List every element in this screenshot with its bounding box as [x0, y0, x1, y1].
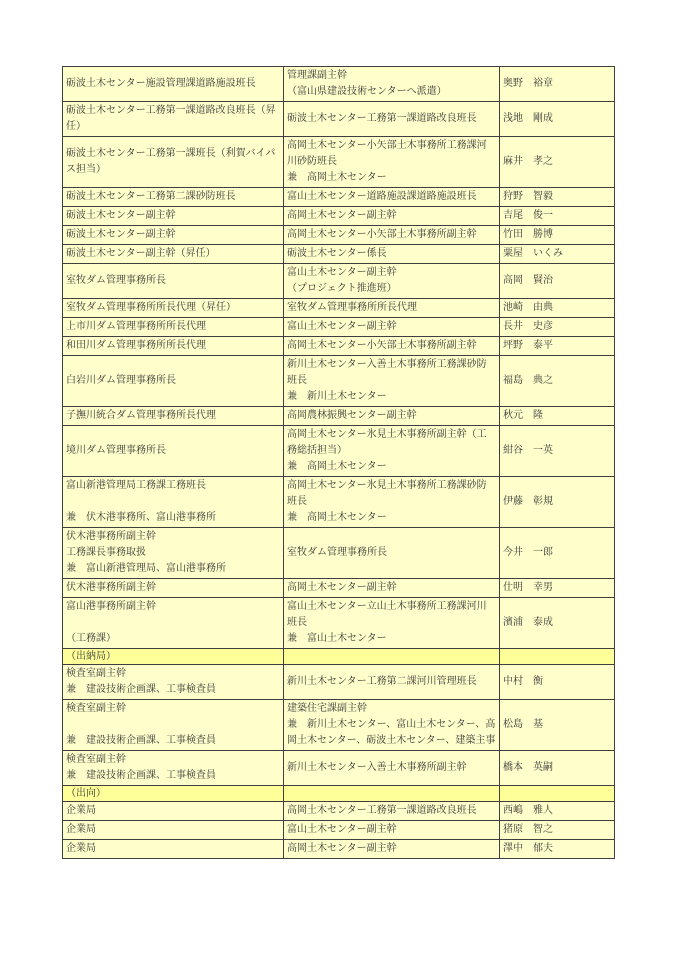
cell-line: 上市川ダム管理事務所所長代理 — [66, 319, 280, 335]
name-cell: 狩野 智毅 — [500, 188, 615, 207]
new-position-cell: 検査室副主幹 兼 建設技術企画課、工事検査員 — [63, 700, 284, 751]
cell-line: 砺波土木センター副主幹 — [66, 227, 280, 243]
name-cell: 秋元 隆 — [500, 407, 615, 426]
cell-line: 白岩川ダム管理事務所長 — [66, 373, 280, 389]
section-empty-cell — [500, 649, 615, 665]
old-position-cell: 高岡農林振興センター副主幹 — [284, 407, 500, 426]
table-row: 室牧ダム管理事務所長富山土木センター副主幹（プロジェクト推進班）高岡 賢治 — [63, 264, 615, 299]
new-position-cell: 富山港事務所副主幹 （工務課） — [63, 598, 284, 649]
new-position-cell: 企業局 — [63, 802, 284, 821]
table-row: 和田川ダム管理事務所所長代理高岡土木センター小矢部土木事務所副主幹坪野 泰平 — [63, 337, 615, 356]
personnel-table-body: 砺波土木センター施設管理課道路施設班長管理課副主幹（富山県建設技術センターへ派遣… — [63, 67, 615, 859]
cell-line — [503, 787, 611, 800]
new-position-cell: 伏木港事務所副主幹 — [63, 579, 284, 598]
cell-line: 砺波土木センター工務第二課砂防班長 — [66, 189, 280, 205]
person-name: 中村 衡 — [503, 674, 611, 690]
old-position-cell: 砺波土木センター係長 — [284, 245, 500, 264]
cell-line: 子撫川統合ダム管理事務所長代理 — [66, 408, 280, 424]
name-cell: 麻井 孝之 — [500, 137, 615, 188]
new-position-cell: 企業局 — [63, 821, 284, 840]
cell-line: 富山新港管理局工務課工務班長 — [66, 478, 280, 494]
name-cell: 長井 史彦 — [500, 318, 615, 337]
cell-line: 富山土木センター副主幹 — [287, 319, 496, 335]
person-name: 今井 一郎 — [503, 545, 611, 561]
name-cell: 西嶋 雅人 — [500, 802, 615, 821]
table-row: 砺波土木センター施設管理課道路施設班長管理課副主幹（富山県建設技術センターへ派遣… — [63, 67, 615, 102]
section-empty-cell — [284, 649, 500, 665]
section-empty-cell — [284, 786, 500, 802]
cell-line: 伏木港事務所副主幹 — [66, 580, 280, 596]
cell-line: 工務課長事務取扱 — [66, 545, 280, 561]
section-empty-cell — [500, 786, 615, 802]
name-cell: 高岡 賢治 — [500, 264, 615, 299]
cell-line: 高岡土木センター小矢部土木事務所副主幹 — [287, 338, 496, 354]
cell-line: 砺波土木センター係長 — [287, 246, 496, 262]
document-page: 砺波土木センター施設管理課道路施設班長管理課副主幹（富山県建設技術センターへ派遣… — [62, 66, 615, 859]
cell-line: 富山港事務所副主幹 — [66, 599, 280, 615]
cell-line: 高岡土木センター小矢部土木事務所副主幹 — [287, 227, 496, 243]
table-row: 企業局富山土木センター副主幹猪原 智之 — [63, 821, 615, 840]
cell-line: （プロジェクト推進班） — [287, 281, 496, 297]
new-position-cell: 砺波土木センター施設管理課道路施設班長 — [63, 67, 284, 102]
cell-line: 和田川ダム管理事務所所長代理 — [66, 338, 280, 354]
person-name: 福島 典之 — [503, 373, 611, 389]
cell-line — [66, 615, 280, 631]
table-row: 富山港事務所副主幹 （工務課）富山土木センター立山土木事務所工務課河川班長兼 富… — [63, 598, 615, 649]
person-name: 仕明 幸男 — [503, 580, 611, 596]
section-label-cell: （出向） — [63, 786, 284, 802]
table-row: 砺波土木センター工務第二課砂防班長富山土木センター道路施設課道路施設班長狩野 智… — [63, 188, 615, 207]
section-label: （出納局） — [66, 650, 280, 663]
table-row: 検査室副主幹兼 建設技術企画課、工事検査員新川土木センター入善土木事務所副主幹橋… — [63, 751, 615, 786]
new-position-cell: 砺波土木センター工務第一課班長（利賀バイパス担当） — [63, 137, 284, 188]
name-cell: 中村 衡 — [500, 665, 615, 700]
cell-line: 兼 建設技術企画課、工事検査員 — [66, 682, 280, 698]
name-cell: 澤中 郁夫 — [500, 840, 615, 859]
cell-line: 高岡土木センター工務第一課道路改良班長 — [287, 803, 496, 819]
name-cell: 吉尾 俊一 — [500, 207, 615, 226]
table-row: 白岩川ダム管理事務所長新川土木センター入善土木事務所工務課砂防班長兼 新川土木セ… — [63, 356, 615, 407]
new-position-cell: 砺波土木センター副主幹（昇任） — [63, 245, 284, 264]
old-position-cell: 新川土木センター工務第二課河川管理班長 — [284, 665, 500, 700]
cell-line: 企業局 — [66, 841, 280, 857]
cell-line: 砺波土木センター工務第一課道路改良班長（昇任） — [66, 103, 280, 135]
old-position-cell: 管理課副主幹（富山県建設技術センターへ派遣） — [284, 67, 500, 102]
old-position-cell: 高岡土木センター副主幹 — [284, 579, 500, 598]
new-position-cell: 上市川ダム管理事務所所長代理 — [63, 318, 284, 337]
cell-line: 室牧ダム管理事務所長 — [66, 273, 280, 289]
person-name: 長井 史彦 — [503, 319, 611, 335]
cell-line: 富山土木センター副主幹 — [287, 822, 496, 838]
old-position-cell: 室牧ダム管理事務所所長代理 — [284, 299, 500, 318]
cell-line: 兼 富山土木センター — [287, 631, 496, 647]
old-position-cell: 建築住宅課副主幹兼 新川土木センター、富山土木センター、高岡土木センター、砺波土… — [284, 700, 500, 751]
table-row: 境川ダム管理事務所長高岡土木センター氷見土木事務所副主幹（工務総括担当）兼 高岡… — [63, 426, 615, 477]
new-position-cell: 検査室副主幹兼 建設技術企画課、工事検査員 — [63, 665, 284, 700]
cell-line: 富山土木センター道路施設課道路施設班長 — [287, 189, 496, 205]
section-label-cell: （出納局） — [63, 649, 284, 665]
person-name: 高岡 賢治 — [503, 273, 611, 289]
person-name: 西嶋 雅人 — [503, 803, 611, 819]
name-cell: 福島 典之 — [500, 356, 615, 407]
cell-line: 兼 伏木港事務所、富山港事務所 — [66, 510, 280, 526]
cell-line: 新川土木センター工務第二課河川管理班長 — [287, 674, 496, 690]
person-name: 猪原 智之 — [503, 822, 611, 838]
cell-line: 高岡土木センター氷見土木事務所工務課砂防班長 — [287, 478, 496, 510]
person-name: 狩野 智毅 — [503, 189, 611, 205]
section-row: （出納局） — [63, 649, 615, 665]
cell-line — [287, 787, 496, 800]
new-position-cell: 砺波土木センター工務第一課道路改良班長（昇任） — [63, 102, 284, 137]
name-cell: 猪原 智之 — [500, 821, 615, 840]
table-row: 砺波土木センター副主幹高岡土木センター副主幹吉尾 俊一 — [63, 207, 615, 226]
name-cell: 浅地 剛成 — [500, 102, 615, 137]
cell-line: 兼 高岡土木センター — [287, 510, 496, 526]
name-cell: 坪野 泰平 — [500, 337, 615, 356]
name-cell: 紺谷 一英 — [500, 426, 615, 477]
cell-line: 高岡土木センター氷見土木事務所副主幹（工務総括担当） — [287, 427, 496, 459]
new-position-cell: 白岩川ダム管理事務所長 — [63, 356, 284, 407]
old-position-cell: 富山土木センター立山土木事務所工務課河川班長兼 富山土木センター — [284, 598, 500, 649]
table-row: 子撫川統合ダム管理事務所長代理高岡農林振興センター副主幹秋元 隆 — [63, 407, 615, 426]
old-position-cell: 高岡土木センター副主幹 — [284, 840, 500, 859]
person-name: 池崎 由典 — [503, 300, 611, 316]
cell-line — [66, 494, 280, 510]
section-row: （出向） — [63, 786, 615, 802]
cell-line: 兼 建設技術企画課、工事検査員 — [66, 733, 280, 749]
table-row: 砺波土木センター工務第一課道路改良班長（昇任）砺波土木センター工務第一課道路改良… — [63, 102, 615, 137]
name-cell: 池崎 由典 — [500, 299, 615, 318]
cell-line — [503, 650, 611, 663]
table-row: 企業局高岡土木センター工務第一課道路改良班長西嶋 雅人 — [63, 802, 615, 821]
old-position-cell: 富山土木センター副主幹 — [284, 821, 500, 840]
new-position-cell: 砺波土木センター副主幹 — [63, 207, 284, 226]
person-name: 粟屋 いくみ — [503, 246, 611, 262]
old-position-cell: 高岡土木センター副主幹 — [284, 207, 500, 226]
cell-line: 室牧ダム管理事務所長 — [287, 545, 496, 561]
old-position-cell: 砺波土木センター工務第一課道路改良班長 — [284, 102, 500, 137]
person-name: 秋元 隆 — [503, 408, 611, 424]
person-name: 濱浦 泰成 — [503, 615, 611, 631]
cell-line: 管理課副主幹 — [287, 68, 496, 84]
person-name: 麻井 孝之 — [503, 154, 611, 170]
cell-line: 兼 高岡土木センター — [287, 459, 496, 475]
name-cell: 奥野 裕章 — [500, 67, 615, 102]
old-position-cell: 富山土木センター副主幹（プロジェクト推進班） — [284, 264, 500, 299]
old-position-cell: 高岡土木センター氷見土木事務所副主幹（工務総括担当）兼 高岡土木センター — [284, 426, 500, 477]
table-row: 上市川ダム管理事務所所長代理富山土木センター副主幹長井 史彦 — [63, 318, 615, 337]
name-cell: 伊藤 彰規 — [500, 477, 615, 528]
table-row: 室牧ダム管理事務所所長代理（昇任）室牧ダム管理事務所所長代理池崎 由典 — [63, 299, 615, 318]
table-row: 企業局高岡土木センター副主幹澤中 郁夫 — [63, 840, 615, 859]
cell-line: 富山土木センター立山土木事務所工務課河川班長 — [287, 599, 496, 631]
cell-line: 砺波土木センター副主幹（昇任） — [66, 246, 280, 262]
table-row: 砺波土木センター工務第一課班長（利賀バイパス担当）高岡土木センター小矢部土木事務… — [63, 137, 615, 188]
cell-line: 兼 富山新港管理局、富山港事務所 — [66, 561, 280, 577]
name-cell: 今井 一郎 — [500, 528, 615, 579]
cell-line: 砺波土木センター施設管理課道路施設班長 — [66, 76, 280, 92]
name-cell: 松島 基 — [500, 700, 615, 751]
new-position-cell: 企業局 — [63, 840, 284, 859]
old-position-cell: 高岡土木センター小矢部土木事務所工務課河川砂防班長兼 高岡土木センター — [284, 137, 500, 188]
cell-line: 検査室副主幹 — [66, 666, 280, 682]
cell-line: 兼 新川土木センター — [287, 389, 496, 405]
cell-line: 高岡土木センター副主幹 — [287, 841, 496, 857]
old-position-cell: 高岡土木センター小矢部土木事務所副主幹 — [284, 226, 500, 245]
cell-line: 新川土木センター入善土木事務所副主幹 — [287, 760, 496, 776]
cell-line — [66, 717, 280, 733]
table-row: 検査室副主幹 兼 建設技術企画課、工事検査員建築住宅課副主幹兼 新川土木センター… — [63, 700, 615, 751]
name-cell: 濱浦 泰成 — [500, 598, 615, 649]
new-position-cell: 伏木港事務所副主幹工務課長事務取扱兼 富山新港管理局、富山港事務所 — [63, 528, 284, 579]
name-cell: 仕明 幸男 — [500, 579, 615, 598]
cell-line: 高岡土木センター小矢部土木事務所工務課河川砂防班長 — [287, 138, 496, 170]
person-name: 奥野 裕章 — [503, 76, 611, 92]
person-name: 紺谷 一英 — [503, 443, 611, 459]
table-row: 伏木港事務所副主幹工務課長事務取扱兼 富山新港管理局、富山港事務所室牧ダム管理事… — [63, 528, 615, 579]
cell-line: 建築住宅課副主幹 — [287, 701, 496, 717]
cell-line: 高岡農林振興センター副主幹 — [287, 408, 496, 424]
personnel-table: 砺波土木センター施設管理課道路施設班長管理課副主幹（富山県建設技術センターへ派遣… — [62, 66, 615, 859]
cell-line: 砺波土木センター副主幹 — [66, 208, 280, 224]
cell-line: 伏木港事務所副主幹 — [66, 529, 280, 545]
old-position-cell: 高岡土木センター工務第一課道路改良班長 — [284, 802, 500, 821]
person-name: 吉尾 俊一 — [503, 208, 611, 224]
person-name: 浅地 剛成 — [503, 111, 611, 127]
person-name: 坪野 泰平 — [503, 338, 611, 354]
old-position-cell: 新川土木センター入善土木事務所副主幹 — [284, 751, 500, 786]
new-position-cell: 室牧ダム管理事務所所長代理（昇任） — [63, 299, 284, 318]
new-position-cell: 検査室副主幹兼 建設技術企画課、工事検査員 — [63, 751, 284, 786]
cell-line — [287, 650, 496, 663]
new-position-cell: 子撫川統合ダム管理事務所長代理 — [63, 407, 284, 426]
cell-line: 砺波土木センター工務第一課道路改良班長 — [287, 111, 496, 127]
person-name: 伊藤 彰規 — [503, 494, 611, 510]
cell-line: 室牧ダム管理事務所所長代理（昇任） — [66, 300, 280, 316]
cell-line: 検査室副主幹 — [66, 701, 280, 717]
new-position-cell: 室牧ダム管理事務所長 — [63, 264, 284, 299]
cell-line: 兼 高岡土木センター — [287, 170, 496, 186]
person-name: 橋本 英嗣 — [503, 760, 611, 776]
new-position-cell: 富山新港管理局工務課工務班長 兼 伏木港事務所、富山港事務所 — [63, 477, 284, 528]
old-position-cell: 室牧ダム管理事務所長 — [284, 528, 500, 579]
new-position-cell: 和田川ダム管理事務所所長代理 — [63, 337, 284, 356]
name-cell: 竹田 勝博 — [500, 226, 615, 245]
cell-line: 室牧ダム管理事務所所長代理 — [287, 300, 496, 316]
old-position-cell: 富山土木センター副主幹 — [284, 318, 500, 337]
cell-line: 検査室副主幹 — [66, 752, 280, 768]
cell-line: 兼 建設技術企画課、工事検査員 — [66, 768, 280, 784]
name-cell: 橋本 英嗣 — [500, 751, 615, 786]
table-row: 砺波土木センター副主幹高岡土木センター小矢部土木事務所副主幹竹田 勝博 — [63, 226, 615, 245]
new-position-cell: 砺波土木センター工務第二課砂防班長 — [63, 188, 284, 207]
table-row: 富山新港管理局工務課工務班長 兼 伏木港事務所、富山港事務所高岡土木センター氷見… — [63, 477, 615, 528]
cell-line: 境川ダム管理事務所長 — [66, 443, 280, 459]
cell-line: 高岡土木センター副主幹 — [287, 208, 496, 224]
person-name: 竹田 勝博 — [503, 227, 611, 243]
cell-line: 企業局 — [66, 822, 280, 838]
cell-line: （工務課） — [66, 631, 280, 647]
old-position-cell: 新川土木センター入善土木事務所工務課砂防班長兼 新川土木センター — [284, 356, 500, 407]
old-position-cell: 富山土木センター道路施設課道路施設班長 — [284, 188, 500, 207]
table-row: 伏木港事務所副主幹高岡土木センター副主幹仕明 幸男 — [63, 579, 615, 598]
cell-line: 砺波土木センター工務第一課班長（利賀バイパス担当） — [66, 146, 280, 178]
table-row: 砺波土木センター副主幹（昇任）砺波土木センター係長粟屋 いくみ — [63, 245, 615, 264]
person-name: 澤中 郁夫 — [503, 841, 611, 857]
section-label: （出向） — [66, 787, 280, 800]
old-position-cell: 高岡土木センター小矢部土木事務所副主幹 — [284, 337, 500, 356]
cell-line: 新川土木センター入善土木事務所工務課砂防班長 — [287, 357, 496, 389]
name-cell: 粟屋 いくみ — [500, 245, 615, 264]
new-position-cell: 砺波土木センター副主幹 — [63, 226, 284, 245]
new-position-cell: 境川ダム管理事務所長 — [63, 426, 284, 477]
cell-line: 高岡土木センター副主幹 — [287, 580, 496, 596]
table-row: 検査室副主幹兼 建設技術企画課、工事検査員新川土木センター工務第二課河川管理班長… — [63, 665, 615, 700]
cell-line: （富山県建設技術センターへ派遣） — [287, 84, 496, 100]
person-name: 松島 基 — [503, 717, 611, 733]
cell-line: 兼 新川土木センター、富山土木センター、高岡土木センター、砺波土木センター、建築… — [287, 717, 496, 749]
old-position-cell: 高岡土木センター氷見土木事務所工務課砂防班長兼 高岡土木センター — [284, 477, 500, 528]
cell-line: 富山土木センター副主幹 — [287, 265, 496, 281]
cell-line: 企業局 — [66, 803, 280, 819]
